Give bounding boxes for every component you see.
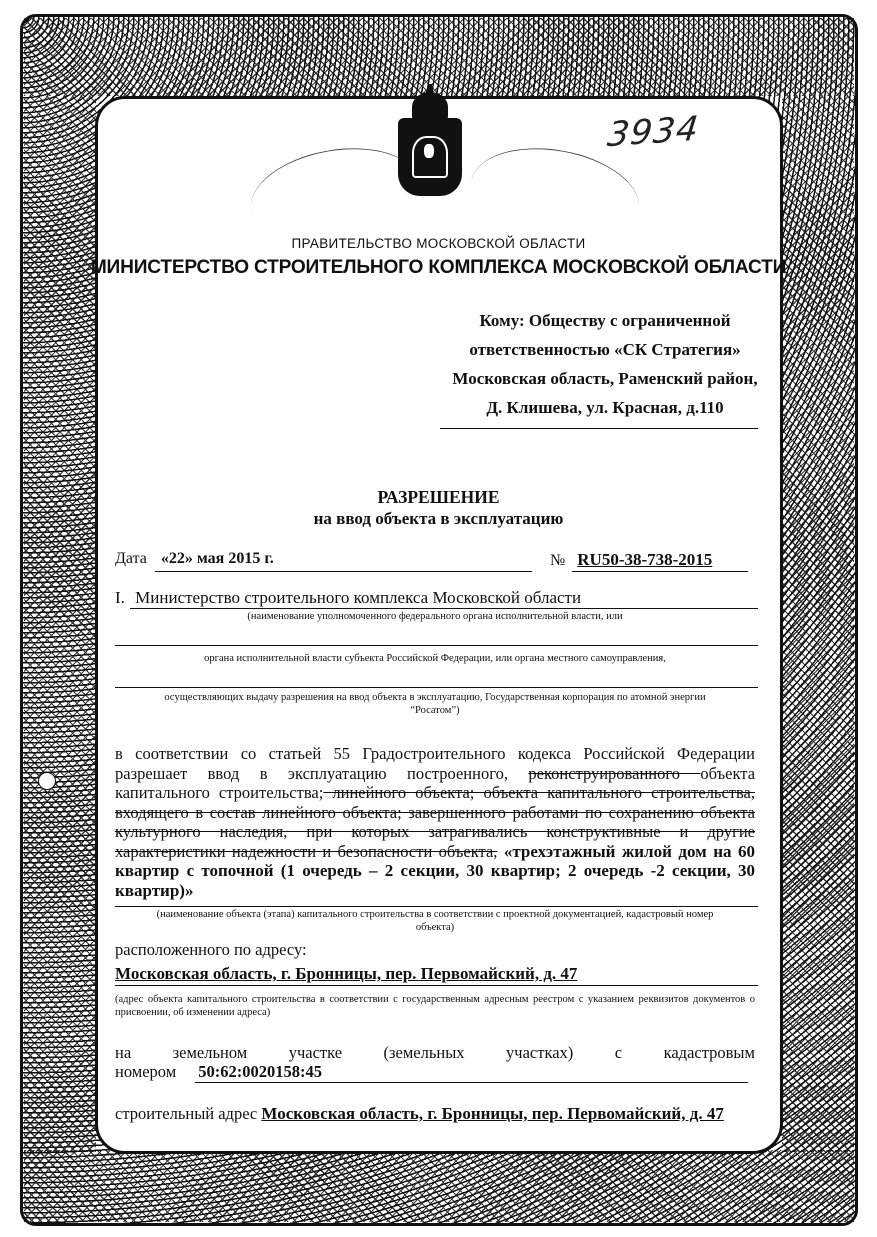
addressee-line: Д. Клишева, ул. Красная, д.110 xyxy=(430,393,780,422)
date-row: Дата «22» мая 2015 г. xyxy=(115,550,274,568)
land-word: участках) xyxy=(506,1043,573,1063)
land-word: участке xyxy=(289,1043,342,1063)
addressee-underline xyxy=(440,428,758,429)
body-struck-reconstructed: реконструированного xyxy=(528,764,700,783)
guilloche-pattern-bottom xyxy=(24,1150,854,1222)
ministry-title: МИНИСТЕРСТВО СТРОИТЕЛЬНОГО КОМПЛЕКСА МОС… xyxy=(9,256,868,279)
object-caption-2: объекта) xyxy=(115,922,755,933)
section-numeral: I. xyxy=(115,588,125,607)
land-plot-line: на земельном участке (земельных участках… xyxy=(115,1043,755,1063)
land-word: земельном xyxy=(173,1043,248,1063)
permit-number: RU50-38-738-2015 xyxy=(577,550,712,569)
located-address-underline xyxy=(115,985,758,986)
coat-of-arms-icon xyxy=(392,92,468,202)
addressee-line: ответственностью «СК Стратегия» xyxy=(430,335,780,364)
land-word: (земельных xyxy=(384,1043,465,1063)
authority-caption-2: органа исполнительной власти субъекта Ро… xyxy=(115,653,755,664)
land-word: кадастровым xyxy=(664,1043,755,1063)
guilloche-pattern-top xyxy=(24,18,854,96)
land-word: с xyxy=(615,1043,622,1063)
cadastral-number: 50:62:0020158:45 xyxy=(198,1062,322,1081)
construction-address-label: строительный адрес xyxy=(115,1104,257,1123)
government-title: ПРАВИТЕЛЬСТВО МОСКОВСКОЙ ОБЛАСТИ xyxy=(0,236,877,251)
cadastral-row: номером 50:62:0020158:45 xyxy=(115,1062,322,1082)
handwritten-registration-number: 3934 xyxy=(605,109,701,155)
horseman-icon xyxy=(412,136,448,178)
addressee-line: Московская область, Раменский район, xyxy=(430,364,780,393)
authority-caption-3b: “Росатом”) xyxy=(115,705,755,716)
permit-body-paragraph: в соответствии со статьей 55 Градостроит… xyxy=(115,744,755,900)
guilloche-pattern-right xyxy=(782,96,854,1152)
located-address: Московская область, г. Бронницы, пер. Пе… xyxy=(115,964,577,984)
cadastral-label: номером xyxy=(115,1062,176,1081)
document-subtitle: на ввод объекта в эксплуатацию xyxy=(0,509,877,529)
addressee-block: Кому: Обществу с ограниченной ответствен… xyxy=(430,306,780,422)
authority-name: Министерство строительного комплекса Мос… xyxy=(135,588,581,607)
located-label: расположенного по адресу: xyxy=(115,940,307,960)
object-underline xyxy=(115,906,758,907)
authority-row: I. Министерство строительного комплекса … xyxy=(115,588,581,608)
number-underline xyxy=(572,571,748,572)
address-caption: (адрес объекта капитального строительств… xyxy=(115,993,755,1019)
addressee-line: Кому: Обществу с ограниченной xyxy=(430,306,780,335)
number-label: № xyxy=(550,552,565,569)
land-word: на xyxy=(115,1043,131,1063)
number-row: № RU50-38-738-2015 xyxy=(550,550,712,570)
date-value: «22» мая 2015 г. xyxy=(161,550,274,567)
punch-hole xyxy=(38,772,56,790)
guilloche-pattern-left xyxy=(24,96,96,1152)
authority-caption-3: осуществляющих выдачу разрешения на ввод… xyxy=(115,692,755,703)
authority-caption: (наименование уполномоченного федерально… xyxy=(115,611,755,622)
document-title: РАЗРЕШЕНИЕ xyxy=(0,487,877,508)
authority-blank-line-1 xyxy=(115,645,758,646)
authority-underline xyxy=(130,608,758,609)
date-underline xyxy=(155,571,532,572)
construction-address-row: строительный адрес Московская область, г… xyxy=(115,1104,724,1124)
date-label: Дата xyxy=(115,550,147,567)
construction-address: Московская область, г. Бронницы, пер. Пе… xyxy=(261,1104,723,1123)
authority-blank-line-2 xyxy=(115,687,758,688)
object-caption: (наименование объекта (этапа) капитально… xyxy=(115,909,755,920)
cadastral-underline xyxy=(195,1082,748,1083)
